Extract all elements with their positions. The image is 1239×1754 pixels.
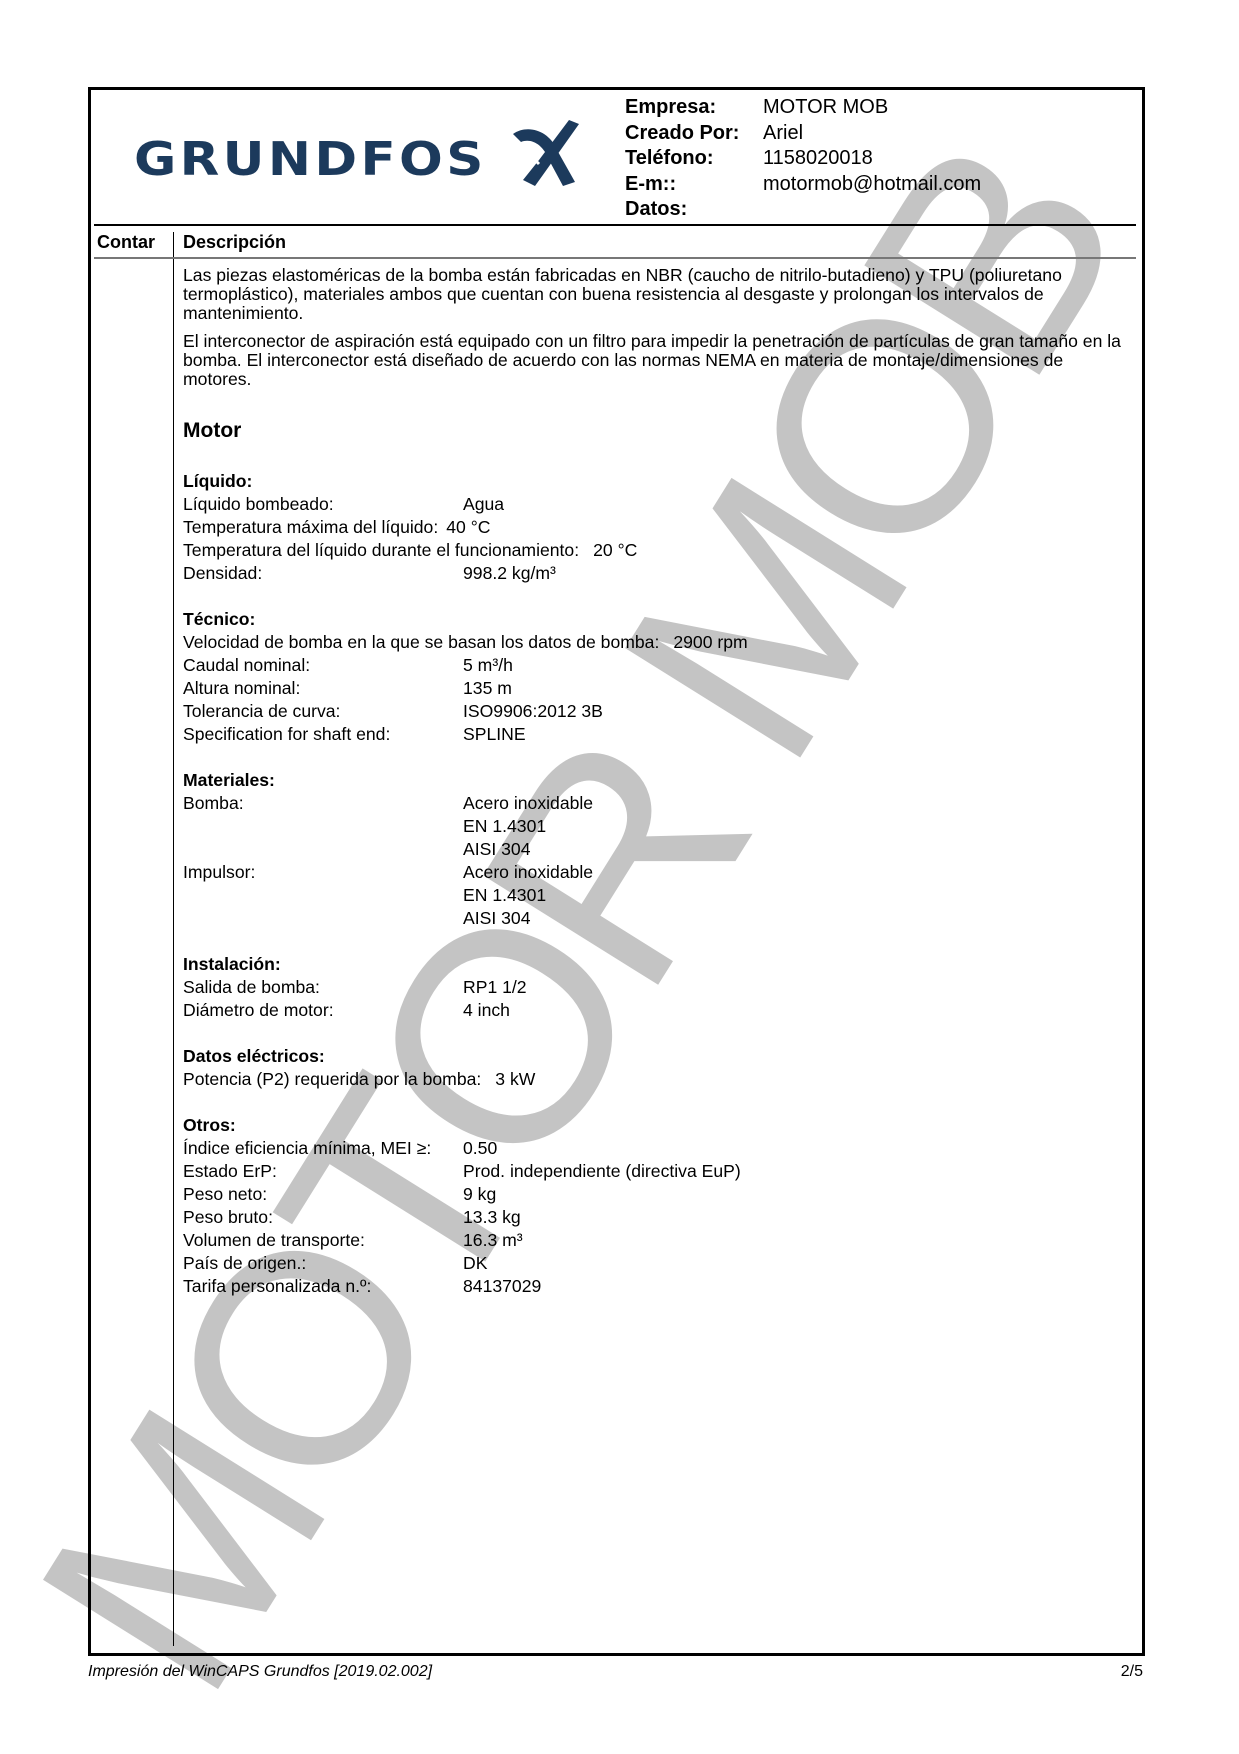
spec-row: Salida de bomba:RP1 1/2: [183, 976, 1133, 999]
info-email: E-m:: motormob@hotmail.com: [625, 172, 981, 198]
section-title: Motor: [183, 419, 1133, 443]
column-header-divider: [94, 257, 1136, 259]
info-phone: Teléfono: 1158020018: [625, 146, 981, 172]
grundfos-logo: GRUNDFOS: [134, 124, 449, 194]
page-number: 2/5: [1121, 1663, 1143, 1681]
spec-row: Estado ErP:Prod. independiente (directiv…: [183, 1160, 1133, 1183]
info-company: Empresa: MOTOR MOB: [625, 95, 981, 121]
spec-row: Caudal nominal:5 m³/h: [183, 654, 1133, 677]
spec-row: Potencia (P2) requerida por la bomba:3 k…: [183, 1068, 1133, 1091]
group-materiales: Materiales: Bomba: Acero inoxidable EN 1…: [183, 769, 1133, 930]
info-data: Datos:: [625, 197, 981, 223]
group-instalacion: Instalación: Salida de bomba:RP1 1/2 Diá…: [183, 953, 1133, 1022]
spec-row: Specification for shaft end:SPLINE: [183, 723, 1133, 746]
group-otros: Otros: Índice eficiencia mínima, MEI ≥:0…: [183, 1114, 1133, 1298]
spec-row: Tarifa personalizada n.º:84137029: [183, 1275, 1133, 1298]
spec-row: Temperatura máxima del líquido:40 °C: [183, 516, 1133, 539]
spec-row: Densidad:998.2 kg/m³: [183, 562, 1133, 585]
spec-row: Volumen de transporte:16.3 m³: [183, 1229, 1133, 1252]
spec-row: Impulsor: Acero inoxidable EN 1.4301 AIS…: [183, 861, 1133, 930]
spec-row: Peso bruto:13.3 kg: [183, 1206, 1133, 1229]
column-header-count: Contar: [97, 232, 155, 253]
group-electricos: Datos eléctricos: Potencia (P2) requerid…: [183, 1045, 1133, 1091]
spec-row: Altura nominal:135 m: [183, 677, 1133, 700]
group-liquido: Líquido: Líquido bombeado:Agua Temperatu…: [183, 470, 1133, 585]
spec-row: Diámetro de motor:4 inch: [183, 999, 1133, 1022]
paragraph-materials: Las piezas elastoméricas de la bomba est…: [183, 266, 1133, 323]
footer-printout-label: Impresión del WinCAPS Grundfos [2019.02.…: [88, 1663, 432, 1681]
spec-row: País de origen.:DK: [183, 1252, 1133, 1275]
brand-name: GRUNDFOS: [134, 136, 487, 182]
column-divider: [173, 232, 174, 1646]
info-created-by: Creado Por: Ariel: [625, 121, 981, 147]
spec-row: Índice eficiencia mínima, MEI ≥:0.50: [183, 1137, 1133, 1160]
header-info: Empresa: MOTOR MOB Creado Por: Ariel Tel…: [625, 95, 981, 223]
column-header-description: Descripción: [183, 232, 286, 253]
spec-row: Tolerancia de curva:ISO9906:2012 3B: [183, 700, 1133, 723]
grundfos-x-mark-icon: [509, 120, 581, 188]
spec-row: Líquido bombeado:Agua: [183, 493, 1133, 516]
header-divider: [94, 224, 1136, 226]
paragraph-interconnector: El interconector de aspiración está equi…: [183, 332, 1133, 389]
spec-row: Peso neto:9 kg: [183, 1183, 1133, 1206]
spec-row: Bomba: Acero inoxidable EN 1.4301 AISI 3…: [183, 792, 1133, 861]
description-content: Las piezas elastoméricas de la bomba est…: [183, 266, 1133, 1321]
spec-row: Temperatura del líquido durante el funci…: [183, 539, 1133, 562]
spec-row: Velocidad de bomba en la que se basan lo…: [183, 631, 1133, 654]
group-tecnico: Técnico: Velocidad de bomba en la que se…: [183, 608, 1133, 746]
